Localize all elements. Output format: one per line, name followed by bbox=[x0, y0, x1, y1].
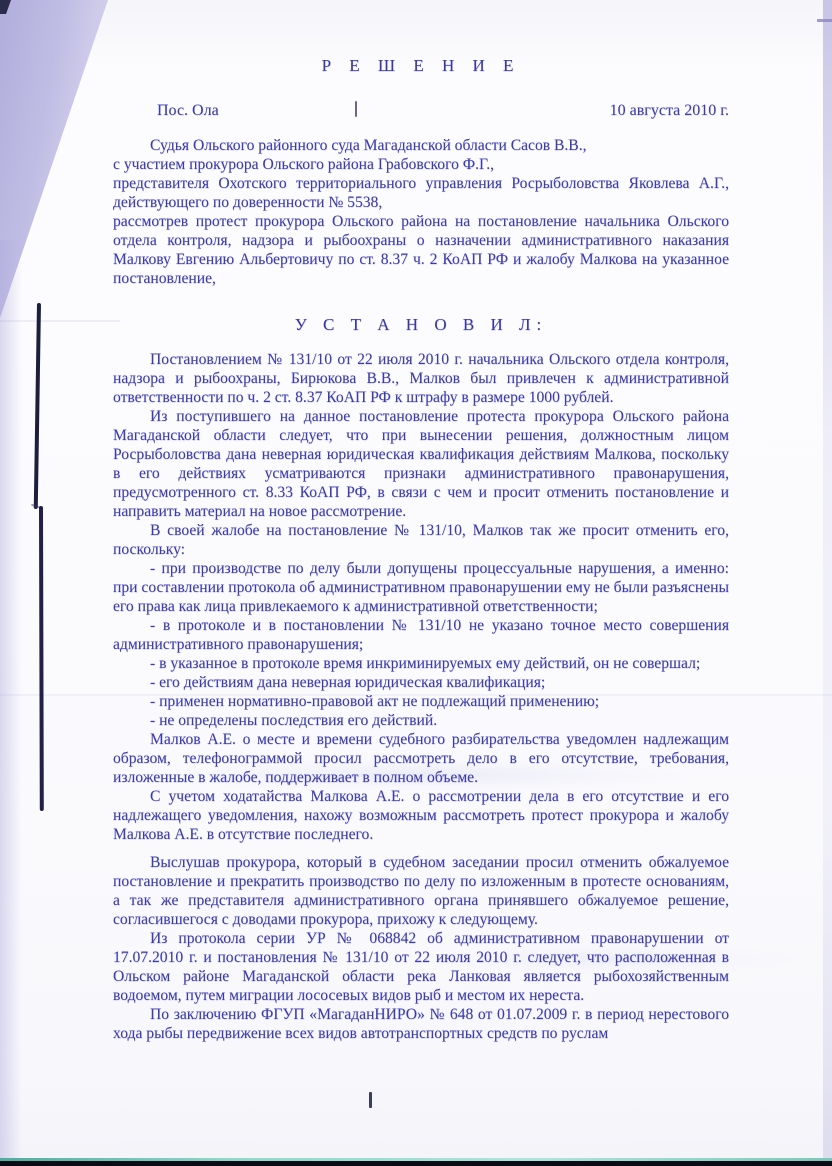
preamble: Судья Ольского районного суда Магаданско… bbox=[113, 136, 729, 288]
paragraph: Малков А.Е. о месте и времени судебного … bbox=[113, 730, 729, 787]
scanner-edge-dark-bar bbox=[0, 1161, 832, 1166]
paragraph: Из поступившего на данное постановление … bbox=[113, 407, 729, 521]
right-edge-dash-mark bbox=[817, 19, 832, 22]
document-title: Р Е Ш Е Н И Е bbox=[113, 56, 729, 76]
preamble-line-prosecutor: с участием прокурора Ольского района Гра… bbox=[113, 155, 729, 174]
preamble-line-representative: представителя Охотского территориального… bbox=[113, 174, 729, 212]
paper-crease bbox=[0, 320, 120, 322]
preamble-line-judge: Судья Ольского районного суда Магаданско… bbox=[113, 136, 729, 155]
paragraph: В своей жалобе на постановление № 131/10… bbox=[113, 521, 729, 559]
paragraph-list-item: - применен нормативно-правовой акт не по… bbox=[113, 692, 729, 711]
paragraph: Постановлением № 131/10 от 22 июля 2010 … bbox=[113, 350, 729, 407]
place-date-row: Пос. Ола 10 августа 2010 г. bbox=[113, 102, 729, 120]
decision-body: Постановлением № 131/10 от 22 июля 2010 … bbox=[113, 350, 729, 1043]
stray-ink-tick-lower bbox=[369, 1092, 372, 1108]
paragraph-list-item: - не определены последствия его действий… bbox=[113, 711, 729, 730]
paragraph: По заключению ФГУП «МагаданНИРО» № 648 о… bbox=[113, 1005, 729, 1043]
place-label: Пос. Ола bbox=[113, 102, 219, 120]
paragraph-list-item: - его действиям дана неверная юридическа… bbox=[113, 673, 729, 692]
binding-ink-line-lower bbox=[39, 506, 43, 811]
paragraph-list-item: - в указанное в протоколе время инкримин… bbox=[113, 654, 729, 673]
paragraph: Из протокола серии УР № 068842 об админи… bbox=[113, 929, 729, 1005]
binding-ink-line-upper bbox=[34, 303, 41, 509]
paragraph: С учетом ходатайства Малкова А.Е. о расс… bbox=[113, 787, 729, 844]
right-edge-shadow bbox=[823, 0, 832, 1166]
paragraph: Выслушав прокурора, который в судебном з… bbox=[113, 853, 729, 929]
document-content: Р Е Ш Е Н И Е Пос. Ола 10 августа 2010 г… bbox=[113, 0, 729, 1043]
scanned-court-decision-page: Р Е Ш Е Н И Е Пос. Ола 10 августа 2010 г… bbox=[0, 0, 832, 1166]
section-heading-ustanovil: У С Т А Н О В И Л: bbox=[113, 315, 729, 335]
preamble-line-case: рассмотрев протест прокурора Ольского ра… bbox=[113, 212, 729, 288]
left-edge-shadow bbox=[0, 240, 22, 1158]
date-label: 10 августа 2010 г. bbox=[610, 102, 729, 120]
paragraph-list-item: - при производстве по делу были допущены… bbox=[113, 559, 729, 616]
paragraph-list-item: - в протоколе и в постановлении № 131/10… bbox=[113, 616, 729, 654]
